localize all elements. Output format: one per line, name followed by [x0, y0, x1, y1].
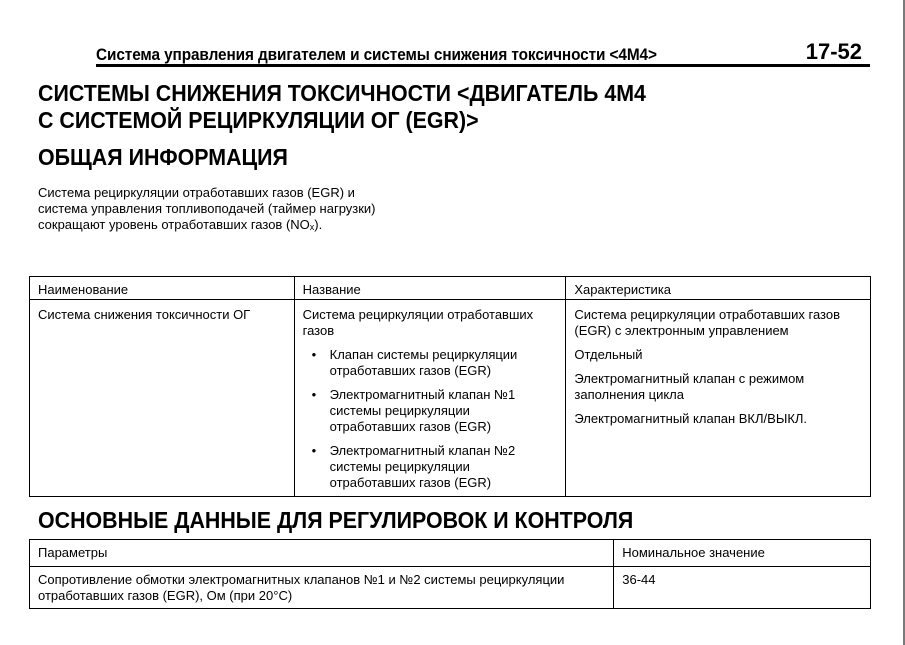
paragraph-line: Система рециркуляции отработавших газов …	[38, 185, 438, 201]
general-info-paragraph: Система рециркуляции отработавших газов …	[38, 185, 438, 235]
bullet-icon: •	[312, 347, 317, 363]
page-title: СИСТЕМЫ СНИЖЕНИЯ ТОКСИЧНОСТИ <ДВИГАТЕЛЬ …	[38, 80, 646, 134]
adjustment-data-table: Параметры Номинальное значение Сопротивл…	[29, 539, 871, 609]
column-header: Наименование	[30, 277, 295, 300]
list-item: •Электромагнитный клапан №1 системы реци…	[303, 387, 558, 435]
component-list: •Клапан системы рециркуляции отработавши…	[303, 347, 558, 491]
components-table: Наименование Название Характеристика Сис…	[29, 276, 871, 497]
parameter-cell: Сопротивление обмотки электромагнитных к…	[30, 567, 614, 609]
running-title: Система управления двигателем и системы …	[96, 46, 657, 65]
list-item: •Клапан системы рециркуляции отработавши…	[303, 347, 558, 379]
characteristic: Электромагнитный клапан с режимом заполн…	[574, 371, 862, 403]
bullet-icon: •	[312, 387, 317, 403]
column-header: Номинальное значение	[614, 540, 871, 567]
designation-cell: Система снижения токсичности ОГ	[30, 300, 295, 497]
list-item-text: Электромагнитный клапан №1 системы рецир…	[330, 387, 516, 434]
characteristic: Система рециркуляции отработавших газов …	[574, 307, 862, 339]
page-number: 17-52	[806, 39, 862, 65]
page-title-line-1: СИСТЕМЫ СНИЖЕНИЯ ТОКСИЧНОСТИ <ДВИГАТЕЛЬ …	[38, 80, 646, 107]
general-info-heading: ОБЩАЯ ИНФОРМАЦИЯ	[38, 144, 288, 171]
column-header: Характеристика	[566, 277, 871, 300]
characteristic: Электромагнитный клапан ВКЛ/ВЫКЛ.	[574, 411, 862, 427]
column-header: Название	[294, 277, 566, 300]
list-item-text: Электромагнитный клапан №2 системы рецир…	[330, 443, 516, 490]
table-row: Сопротивление обмотки электромагнитных к…	[30, 567, 871, 609]
characteristic: Отдельный	[574, 347, 862, 363]
paragraph-text: сокращают уровень отработавших газов (NO	[38, 217, 310, 232]
characteristics-cell: Система рециркуляции отработавших газов …	[566, 300, 871, 497]
paragraph-line: сокращают уровень отработавших газов (NO…	[38, 217, 438, 235]
paragraph-tail: ).	[314, 217, 322, 232]
list-item-text: Клапан системы рециркуляции отработавших…	[330, 347, 518, 378]
value-cell: 36-44	[614, 567, 871, 609]
column-header: Параметры	[30, 540, 614, 567]
paragraph-line: система управления топливоподачей (тайме…	[38, 201, 438, 217]
bullet-icon: •	[312, 443, 317, 459]
running-header: Система управления двигателем и системы …	[96, 40, 870, 67]
name-main: Система рециркуляции отработавших газов	[303, 307, 558, 339]
adjustment-data-heading: ОСНОВНЫЕ ДАННЫЕ ДЛЯ РЕГУЛИРОВОК И КОНТРО…	[38, 507, 633, 534]
table-header-row: Параметры Номинальное значение	[30, 540, 871, 567]
table-row: Система снижения токсичности ОГ Система …	[30, 300, 871, 497]
table-header-row: Наименование Название Характеристика	[30, 277, 871, 300]
name-cell: Система рециркуляции отработавших газов …	[294, 300, 566, 497]
list-item: •Электромагнитный клапан №2 системы реци…	[303, 443, 558, 491]
page-title-line-2: С СИСТЕМОЙ РЕЦИРКУЛЯЦИИ ОГ (EGR)>	[38, 107, 646, 134]
